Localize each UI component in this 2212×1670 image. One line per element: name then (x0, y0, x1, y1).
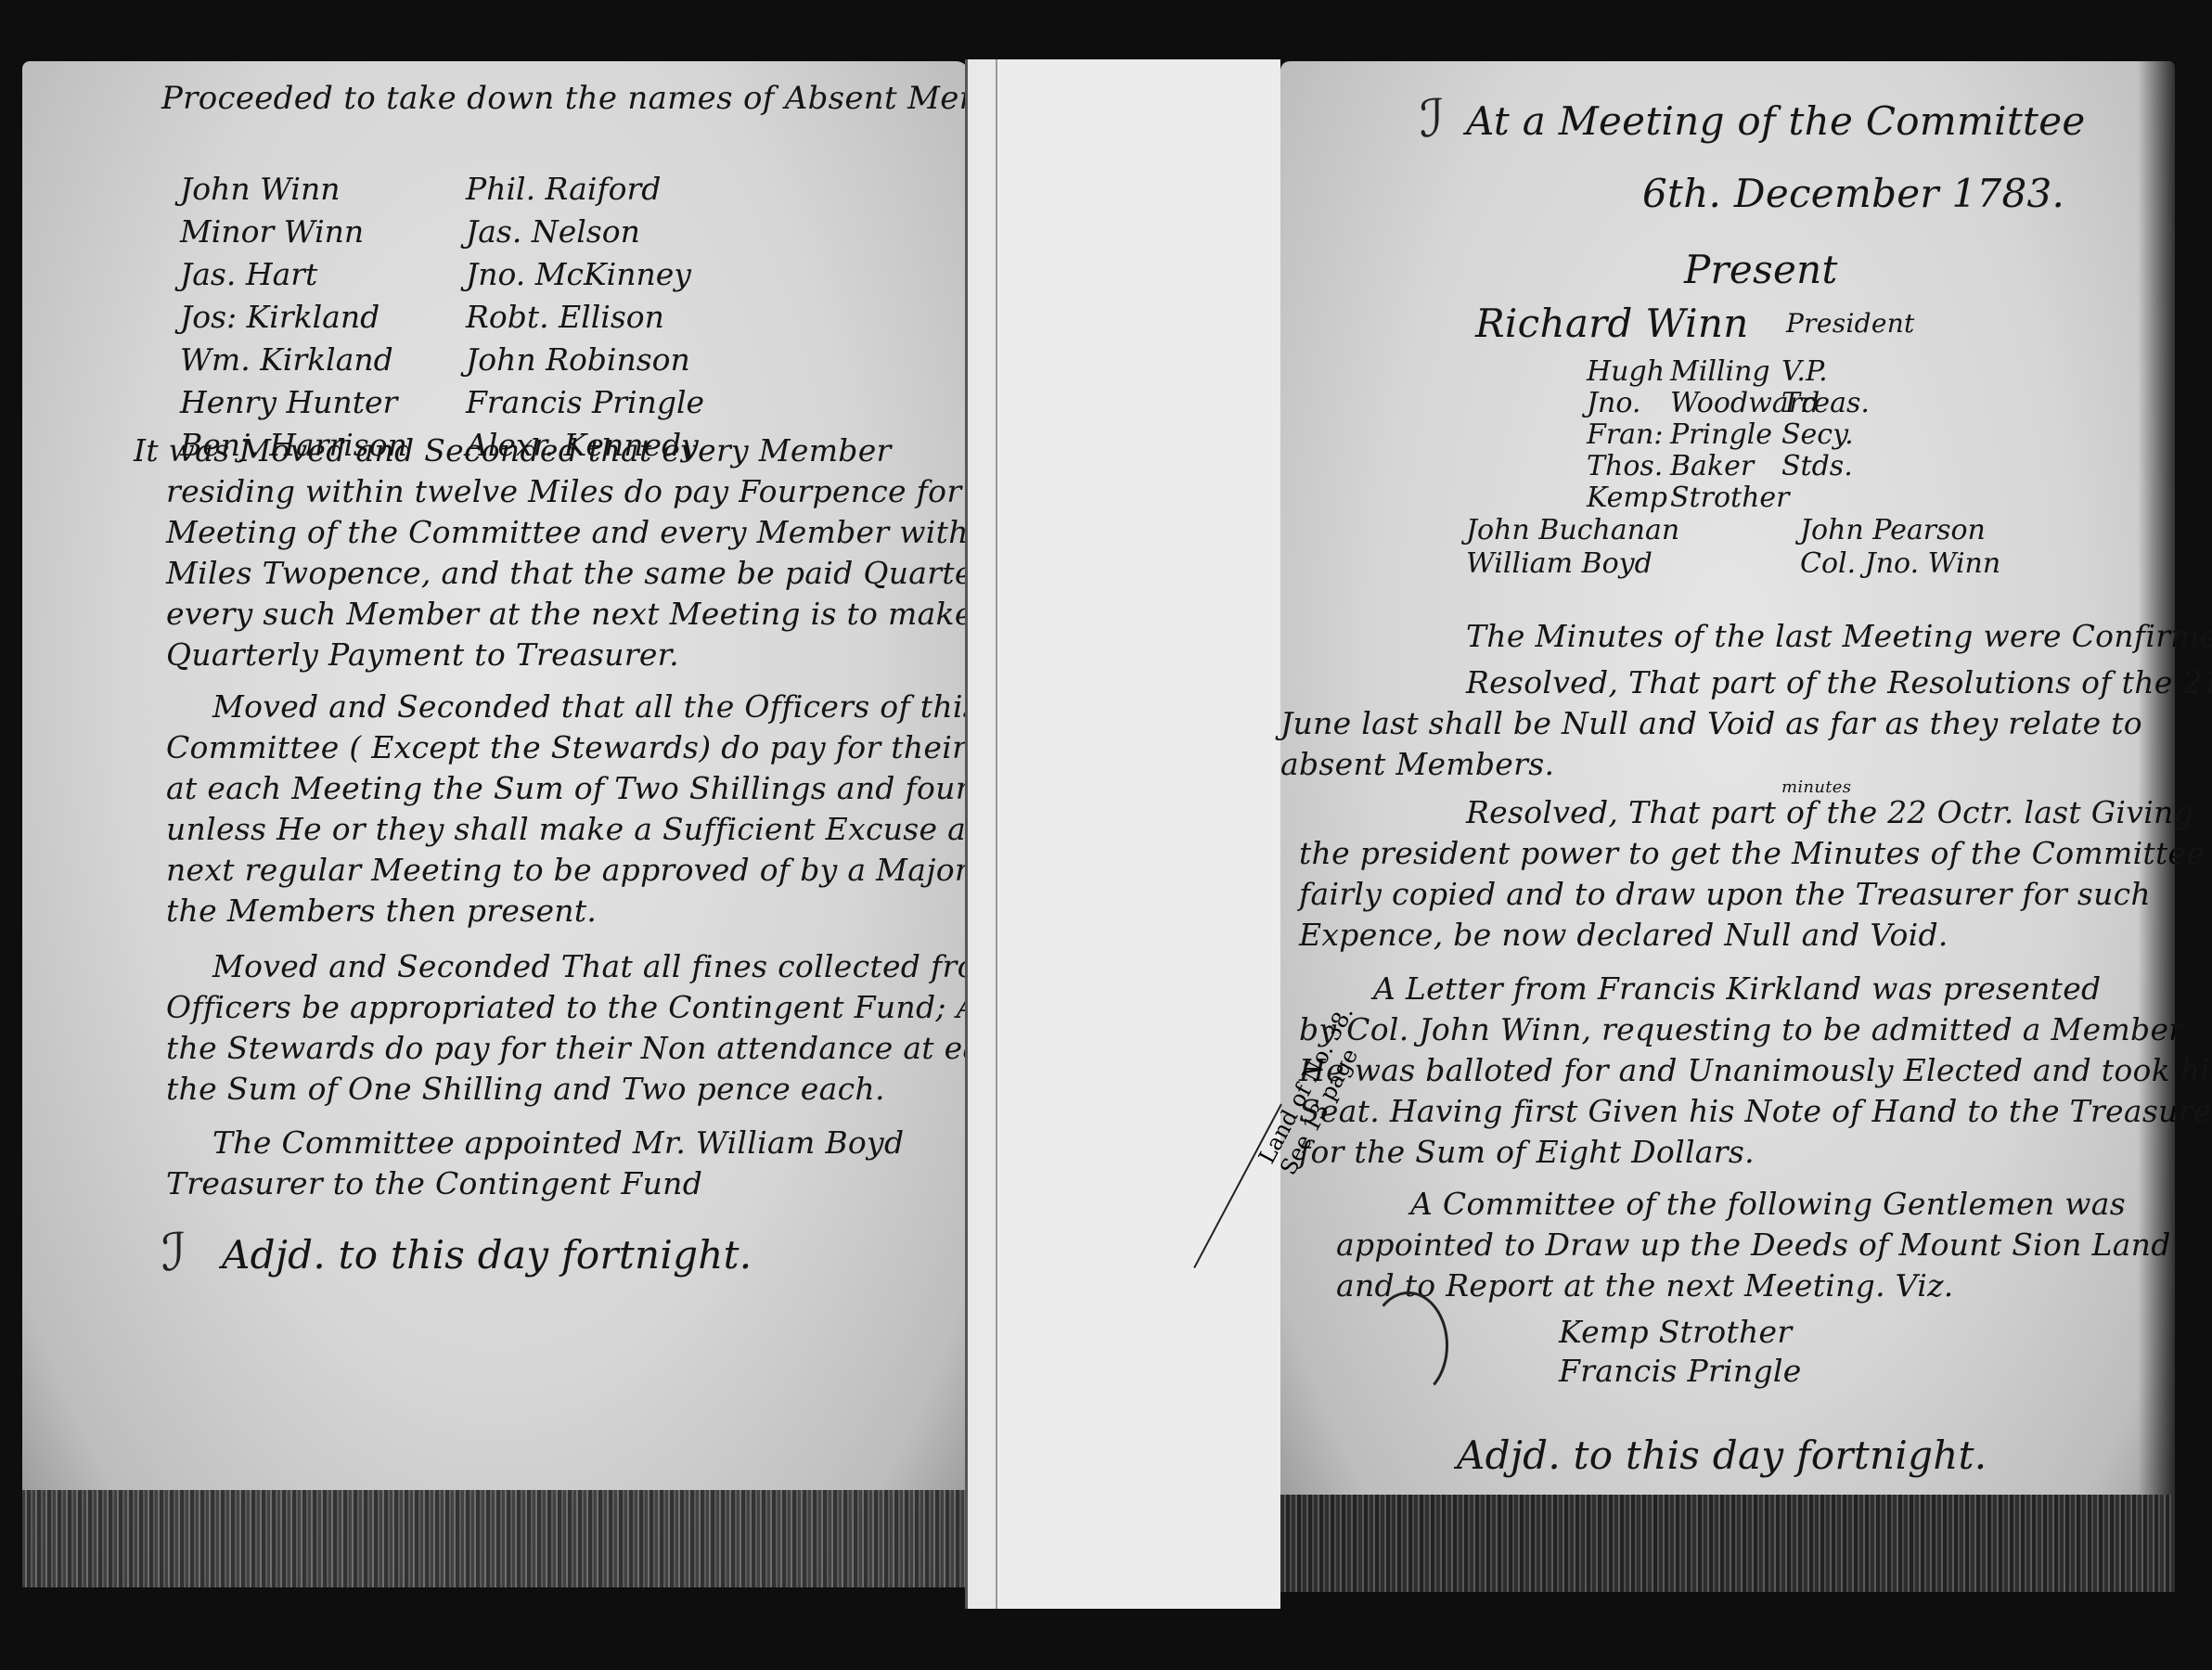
page-edge-shadow (2138, 61, 2175, 1592)
absent-member: Jos: Kirkland (180, 296, 407, 339)
paragraph-line: for the Sum of Eight Dollars. (1299, 1134, 1755, 1170)
officer-last: Woodward (1670, 388, 1781, 419)
absent-member: John Winn (180, 168, 407, 211)
officer-last: Baker (1670, 451, 1781, 482)
officer-first: Fran: (1587, 419, 1670, 451)
absent-member: Jas. Nelson (466, 211, 704, 253)
paragraph-line: the president power to get the Minutes o… (1299, 835, 2205, 871)
paragraph-line: residing within twelve Miles do pay Four… (166, 473, 1059, 509)
absent-member: Phil. Raiford (466, 168, 704, 211)
paragraph-line: Miles Twopence, and that the same be pai… (166, 555, 1090, 591)
paragraph-line: The Minutes of the last Meeting were Con… (1466, 618, 2212, 654)
paragraph-line: Treasurer to the Contingent Fund (166, 1165, 702, 1201)
officer-role: Treas. (1781, 388, 1856, 419)
left-page-heading: Proceeded to take down the names of Abse… (161, 80, 1071, 117)
paragraph-line: He was balloted for and Unanimously Elec… (1299, 1052, 2212, 1088)
paragraph-line: Officers be appropriated to the Continge… (166, 989, 1092, 1025)
paragraph-line: every such Member at the next Meeting is… (166, 596, 1029, 632)
officer-row: Kemp Strother (1587, 482, 1856, 514)
officer-row: Fran: Pringle Secy. (1587, 419, 1856, 451)
absent-member: John Robinson (466, 339, 704, 381)
paragraph-line: at each Meeting the Sum of Two Shillings… (166, 770, 1085, 806)
paragraph-line: Quarterly Payment to Treasurer. (166, 636, 679, 673)
member-present: Col. Jno. Winn (1800, 547, 2000, 581)
officer-role: V.P. (1781, 356, 1856, 388)
paragraph-line: The Committee appointed Mr. William Boyd (212, 1124, 904, 1161)
absent-members-column-2: Phil. Raiford Jas. Nelson Jno. McKinney … (466, 168, 704, 467)
paragraph-line: appointed to Draw up the Deeds of Mount … (1336, 1227, 2171, 1263)
absent-member: Wm. Kirkland (180, 339, 407, 381)
officer-last: Milling (1670, 356, 1781, 388)
committee-member: Francis Pringle (1559, 1353, 1802, 1389)
right-adjournment: Adjd. to this day fortnight. (1457, 1432, 1987, 1478)
paragraph-line: Moved and Seconded that all the Officers… (212, 688, 979, 725)
paragraph-line: the Members then present. (166, 893, 597, 929)
paragraph-line: June last shall be Null and Void as far … (1280, 705, 2142, 741)
president-name: Richard Winn (1475, 301, 1749, 346)
paragraph-line: A Letter from Francis Kirkland was prese… (1373, 970, 2101, 1007)
paragraph-line: absent Members. (1280, 746, 1554, 782)
paragraph-line: Expence, be now declared Null and Void. (1299, 917, 1948, 953)
meeting-date: 6th. December 1783. (1642, 171, 2064, 216)
officer-row: Jno. Woodward Treas. (1587, 388, 1856, 419)
member-present: John Buchanan (1466, 514, 1679, 547)
absent-member: Henry Hunter (180, 381, 407, 424)
officers-present: Hugh Milling V.P. Jno. Woodward Treas. F… (1587, 356, 1856, 514)
member-present: William Boyd (1466, 547, 1679, 581)
paragraph-line: by Col. John Winn, requesting to be admi… (1299, 1011, 2183, 1047)
officer-role (1781, 482, 1856, 514)
paragraph-line: Moved and Seconded That all fines collec… (212, 948, 1066, 984)
circle-mark (1369, 1291, 1448, 1399)
paragraph-line: the Sum of One Shilling and Two pence ea… (166, 1071, 885, 1107)
officer-row: Hugh Milling V.P. (1587, 356, 1856, 388)
committee-member: Kemp Strother (1559, 1314, 1792, 1350)
officer-role: Secy. (1781, 419, 1856, 451)
paragraph-line: Resolved, That part of the 22 Octr. last… (1466, 794, 2193, 830)
flourish-mark: ℐ (161, 1223, 186, 1283)
meeting-title: At a Meeting of the Committee (1466, 98, 2086, 144)
officer-role: Stds. (1781, 451, 1856, 482)
absent-member: Minor Winn (180, 211, 407, 253)
members-present-column-2: John Pearson Col. Jno. Winn (1800, 514, 2000, 581)
officer-first: Hugh (1587, 356, 1670, 388)
binding-strip-paper (996, 59, 1280, 1609)
page-damage-strip (22, 1490, 971, 1587)
paragraph-line: A Committee of the following Gentlemen w… (1410, 1186, 2126, 1222)
members-present-column-1: John Buchanan William Boyd (1466, 514, 1679, 581)
paragraph-line: fairly copied and to draw upon the Treas… (1299, 876, 2151, 912)
officer-first: Thos. (1587, 451, 1670, 482)
officer-first: Jno. (1587, 388, 1670, 419)
paragraph-line: Resolved, That part of the Resolutions o… (1466, 664, 2212, 700)
present-label: Present (1684, 247, 1838, 292)
page-damage-strip (1280, 1495, 2175, 1592)
officer-row: Thos. Baker Stds. (1587, 451, 1856, 482)
paragraph-line: It was Moved and Seconded that every Mem… (134, 432, 892, 469)
president-role: President (1786, 308, 1915, 339)
absent-member: Robt. Ellison (466, 296, 704, 339)
absent-member: Jas. Hart (180, 253, 407, 296)
officer-first: Kemp (1587, 482, 1670, 514)
left-page: Proceeded to take down the names of Abse… (22, 61, 971, 1587)
paragraph-line: next regular Meeting to be approved of b… (166, 852, 1050, 888)
left-adjournment: Adjd. to this day fortnight. (222, 1232, 752, 1278)
binding-strip (965, 59, 1280, 1609)
paragraph-line: Seat. Having first Given his Note of Han… (1299, 1093, 2212, 1129)
absent-member: Jno. McKinney (466, 253, 704, 296)
member-present: John Pearson (1800, 514, 2000, 547)
absent-members-column-1: John Winn Minor Winn Jas. Hart Jos: Kirk… (180, 168, 407, 467)
officer-last: Strother (1670, 482, 1781, 514)
absent-member: Francis Pringle (466, 381, 704, 424)
paragraph-line: unless He or they shall make a Sufficien… (166, 811, 1039, 847)
officer-last: Pringle (1670, 419, 1781, 451)
flourish-mark: ℐ (1420, 89, 1445, 149)
